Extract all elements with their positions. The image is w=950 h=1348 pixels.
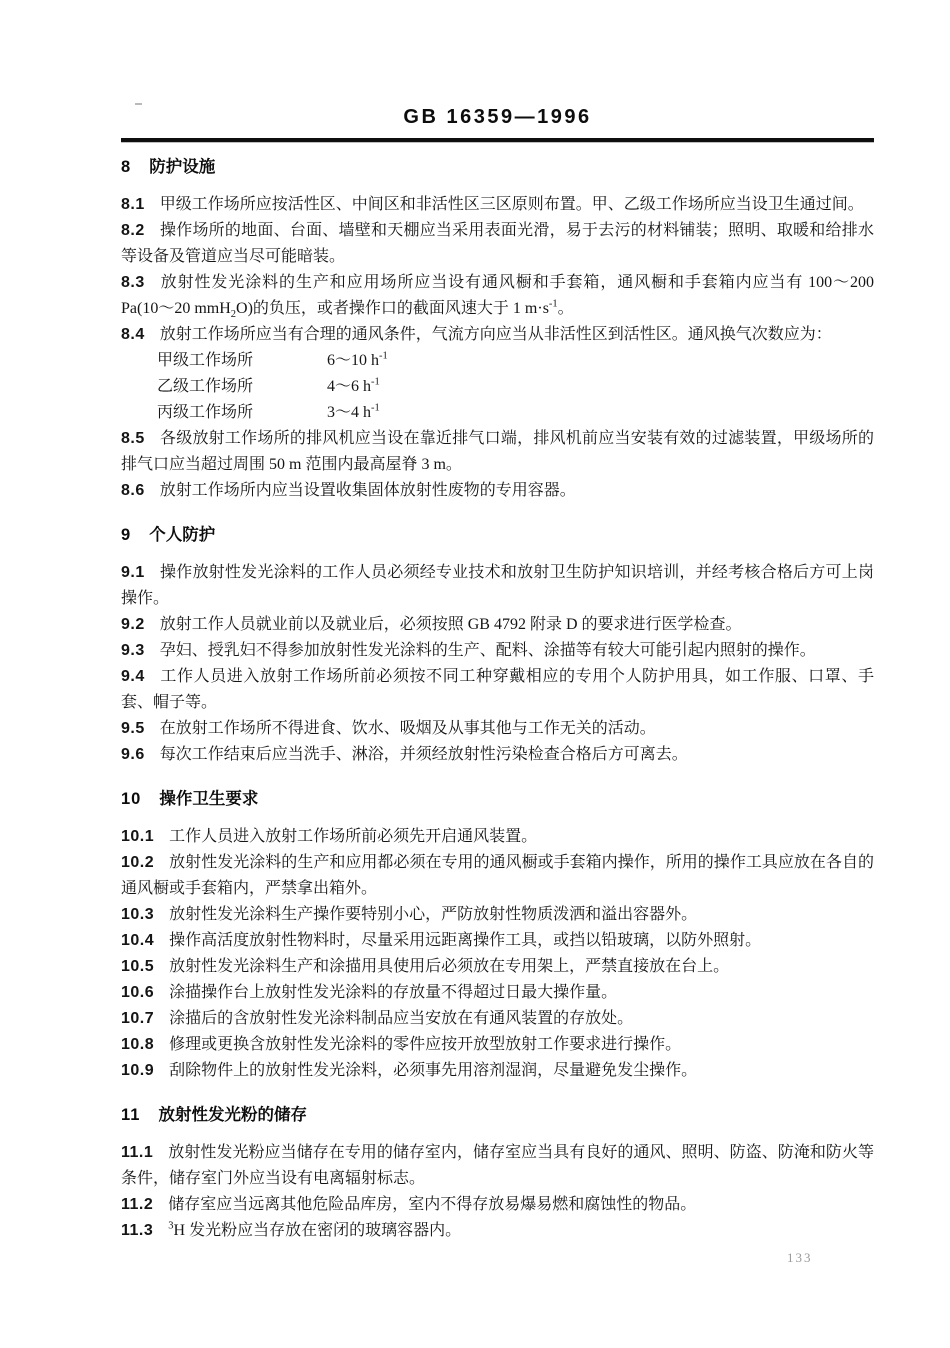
- clause-text: 工作人员进入放射工作场所前必须先开启通风装置。: [169, 828, 537, 845]
- workplace-class-label: 丙级工作场所: [157, 400, 327, 426]
- clause-text: 放射性发光涂料的生产和应用场所应当设有通风橱和手套箱，通风橱和手套箱内应当有 1…: [121, 274, 874, 317]
- air-change-rate-value: 4～6 h-1: [327, 374, 380, 400]
- clause-paragraph: 9.4工作人员进入放射工作场所前必须按不同工种穿戴相应的专用个人防护用具，如工作…: [121, 664, 874, 716]
- clause-paragraph: 10.2放射性发光涂料的生产和应用都必须在专用的通风橱或手套箱内操作，所用的操作…: [121, 850, 874, 902]
- clause-number: 9.3: [121, 642, 145, 659]
- workplace-class-label: 乙级工作场所: [157, 374, 327, 400]
- clause-text: 操作高活度放射性物料时，尽量采用远距离操作工具，或挡以铅玻璃，以防外照射。: [169, 932, 761, 949]
- clause-number: 8.1: [121, 196, 145, 213]
- clause-number: 10.4: [121, 932, 154, 949]
- clause-number: 9.1: [121, 564, 145, 581]
- clause-text: 3H 发光粉应当存放在密闭的玻璃容器内。: [168, 1222, 461, 1239]
- header-rule: [121, 138, 874, 142]
- clause-number: 9.6: [121, 746, 145, 763]
- clause-text: 甲级工作场所应按活性区、中间区和非活性区三区原则布置。甲、乙级工作场所应当设卫生…: [160, 196, 864, 213]
- clause-paragraph: 10.1工作人员进入放射工作场所前必须先开启通风装置。: [121, 824, 874, 850]
- section-title: 放射性发光粉的储存: [158, 1105, 307, 1124]
- clause-number: 10.6: [121, 984, 154, 1001]
- clause-number: 8.4: [121, 326, 145, 343]
- clause-number: 11.3: [121, 1222, 153, 1239]
- clause-text: 放射工作场所内应当设置收集固体放射性废物的专用容器。: [160, 482, 576, 499]
- clause-paragraph: 9.3孕妇、授乳妇不得参加放射性发光涂料的生产、配料、涂描等有较大可能引起内照射…: [121, 638, 874, 664]
- clause-paragraph: 9.2放射工作人员就业前以及就业后，必须按照 GB 4792 附录 D 的要求进…: [121, 612, 874, 638]
- clause-number: 10.3: [121, 906, 154, 923]
- section-heading: 9个人防护: [121, 522, 874, 548]
- clause-number: 10.8: [121, 1036, 154, 1053]
- clause-number: 8.2: [121, 222, 145, 239]
- clause-paragraph: 8.5各级放射工作场所的排风机应当设在靠近排气口端，排风机前应当安装有效的过滤装…: [121, 426, 874, 478]
- clause-text: 涂描后的含放射性发光涂料制品应当安放在有通风装置的存放处。: [169, 1010, 633, 1027]
- section-number: 11: [121, 1106, 140, 1124]
- clause-text: 放射性发光涂料生产和涂描用具使用后必须放在专用架上，严禁直接放在台上。: [169, 958, 729, 975]
- section-title: 个人防护: [149, 525, 215, 544]
- workplace-class-label: 甲级工作场所: [157, 348, 327, 374]
- clause-number: 10.2: [121, 854, 154, 871]
- clause-number: 10.1: [121, 828, 154, 845]
- clause-text: 放射性发光粉应当储存在专用的储存室内，储存室应当具有良好的通风、照明、防盗、防淹…: [121, 1144, 874, 1187]
- document-body: 8防护设施8.1甲级工作场所应按活性区、中间区和非活性区三区原则布置。甲、乙级工…: [121, 154, 874, 1244]
- ventilation-rate-row: 乙级工作场所4～6 h-1: [121, 374, 874, 400]
- section-heading: 8防护设施: [121, 154, 874, 180]
- clause-text: 放射性发光涂料生产操作要特别小心，严防放射性物质泼洒和溢出容器外。: [169, 906, 697, 923]
- clause-number: 10.5: [121, 958, 154, 975]
- clause-paragraph: 10.3放射性发光涂料生产操作要特别小心，严防放射性物质泼洒和溢出容器外。: [121, 902, 874, 928]
- clause-paragraph: 9.5在放射工作场所不得进食、饮水、吸烟及从事其他与工作无关的活动。: [121, 716, 874, 742]
- clause-paragraph: 11.33H 发光粉应当存放在密闭的玻璃容器内。: [121, 1218, 874, 1244]
- clause-paragraph: 10.7涂描后的含放射性发光涂料制品应当安放在有通风装置的存放处。: [121, 1006, 874, 1032]
- clause-paragraph: 10.4操作高活度放射性物料时，尽量采用远距离操作工具，或挡以铅玻璃，以防外照射…: [121, 928, 874, 954]
- ventilation-rate-row: 丙级工作场所3～4 h-1: [121, 400, 874, 426]
- section-title: 操作卫生要求: [159, 789, 258, 808]
- clause-paragraph: 8.6放射工作场所内应当设置收集固体放射性废物的专用容器。: [121, 478, 874, 504]
- clause-paragraph: 8.1甲级工作场所应按活性区、中间区和非活性区三区原则布置。甲、乙级工作场所应当…: [121, 192, 874, 218]
- clause-number: 10.7: [121, 1010, 154, 1027]
- clause-number: 10.9: [121, 1062, 154, 1079]
- clause-text: 刮除物件上的放射性发光涂料，必须事先用溶剂湿润，尽量避免发尘操作。: [169, 1062, 697, 1079]
- clause-text: 放射工作场所应当有合理的通风条件，气流方向应当从非活性区到活性区。通风换气次数应…: [160, 326, 832, 343]
- clause-number: 9.2: [121, 616, 145, 633]
- section-title: 防护设施: [149, 157, 215, 176]
- ventilation-rate-row: 甲级工作场所6～10 h-1: [121, 348, 874, 374]
- section-number: 8: [121, 158, 131, 176]
- scan-artifact-mark: [135, 103, 142, 105]
- clause-text: 每次工作结束后应当洗手、淋浴，并须经放射性污染检查合格后方可离去。: [160, 746, 688, 763]
- clause-paragraph: 11.2储存室应当远离其他危险品库房，室内不得存放易爆易燃和腐蚀性的物品。: [121, 1192, 874, 1218]
- clause-paragraph: 8.2操作场所的地面、台面、墙壁和天棚应当采用表面光滑，易于去污的材料铺装；照明…: [121, 218, 874, 270]
- clause-text: 放射工作人员就业前以及就业后，必须按照 GB 4792 附录 D 的要求进行医学…: [160, 616, 742, 633]
- clause-text: 各级放射工作场所的排风机应当设在靠近排气口端，排风机前应当安装有效的过滤装置，甲…: [121, 430, 874, 473]
- clause-paragraph: 8.3放射性发光涂料的生产和应用场所应当设有通风橱和手套箱，通风橱和手套箱内应当…: [121, 270, 874, 322]
- clause-paragraph: 10.9刮除物件上的放射性发光涂料，必须事先用溶剂湿润，尽量避免发尘操作。: [121, 1058, 874, 1084]
- section-heading: 10操作卫生要求: [121, 786, 874, 812]
- air-change-rate-value: 3～4 h-1: [327, 400, 380, 426]
- clause-paragraph: 9.6每次工作结束后应当洗手、淋浴，并须经放射性污染检查合格后方可离去。: [121, 742, 874, 768]
- clause-paragraph: 10.6涂描操作台上放射性发光涂料的存放量不得超过日最大操作量。: [121, 980, 874, 1006]
- clause-text: 孕妇、授乳妇不得参加放射性发光涂料的生产、配料、涂描等有较大可能引起内照射的操作…: [160, 642, 816, 659]
- air-change-rate-value: 6～10 h-1: [327, 348, 388, 374]
- clause-paragraph: 10.8修理或更换含放射性发光涂料的零件应按开放型放射工作要求进行操作。: [121, 1032, 874, 1058]
- clause-text: 涂描操作台上放射性发光涂料的存放量不得超过日最大操作量。: [169, 984, 617, 1001]
- section-heading: 11放射性发光粉的储存: [121, 1102, 874, 1128]
- clause-number: 8.5: [121, 430, 145, 447]
- clause-number: 11.2: [121, 1196, 153, 1213]
- clause-number: 9.4: [121, 668, 145, 685]
- clause-text: 修理或更换含放射性发光涂料的零件应按开放型放射工作要求进行操作。: [169, 1036, 681, 1053]
- clause-paragraph: 8.4放射工作场所应当有合理的通风条件，气流方向应当从非活性区到活性区。通风换气…: [121, 322, 874, 348]
- clause-text: 操作场所的地面、台面、墙壁和天棚应当采用表面光滑，易于去污的材料铺装；照明、取暖…: [121, 222, 874, 265]
- clause-number: 9.5: [121, 720, 145, 737]
- section-number: 10: [121, 790, 141, 808]
- clause-text: 操作放射性发光涂料的工作人员必须经专业技术和放射卫生防护知识培训，并经考核合格后…: [121, 564, 874, 607]
- section-number: 9: [121, 526, 131, 544]
- clause-paragraph: 10.5放射性发光涂料生产和涂描用具使用后必须放在专用架上，严禁直接放在台上。: [121, 954, 874, 980]
- clause-paragraph: 11.1放射性发光粉应当储存在专用的储存室内，储存室应当具有良好的通风、照明、防…: [121, 1140, 874, 1192]
- document-page: GB 16359—1996 8防护设施8.1甲级工作场所应按活性区、中间区和非活…: [0, 0, 950, 1348]
- content-area: GB 16359—1996 8防护设施8.1甲级工作场所应按活性区、中间区和非活…: [121, 0, 874, 1244]
- clause-text: 放射性发光涂料的生产和应用都必须在专用的通风橱或手套箱内操作，所用的操作工具应放…: [121, 854, 874, 897]
- clause-number: 8.6: [121, 482, 145, 499]
- clause-text: 在放射工作场所不得进食、饮水、吸烟及从事其他与工作无关的活动。: [160, 720, 656, 737]
- clause-number: 11.1: [121, 1144, 153, 1161]
- standard-number-header: GB 16359—1996: [121, 0, 874, 129]
- clause-number: 8.3: [121, 274, 145, 291]
- page-number: 133: [787, 1250, 813, 1266]
- clause-text: 工作人员进入放射工作场所前必须按不同工种穿戴相应的专用个人防护用具，如工作服、口…: [121, 668, 874, 711]
- clause-paragraph: 9.1操作放射性发光涂料的工作人员必须经专业技术和放射卫生防护知识培训，并经考核…: [121, 560, 874, 612]
- clause-text: 储存室应当远离其他危险品库房，室内不得存放易爆易燃和腐蚀性的物品。: [168, 1196, 696, 1213]
